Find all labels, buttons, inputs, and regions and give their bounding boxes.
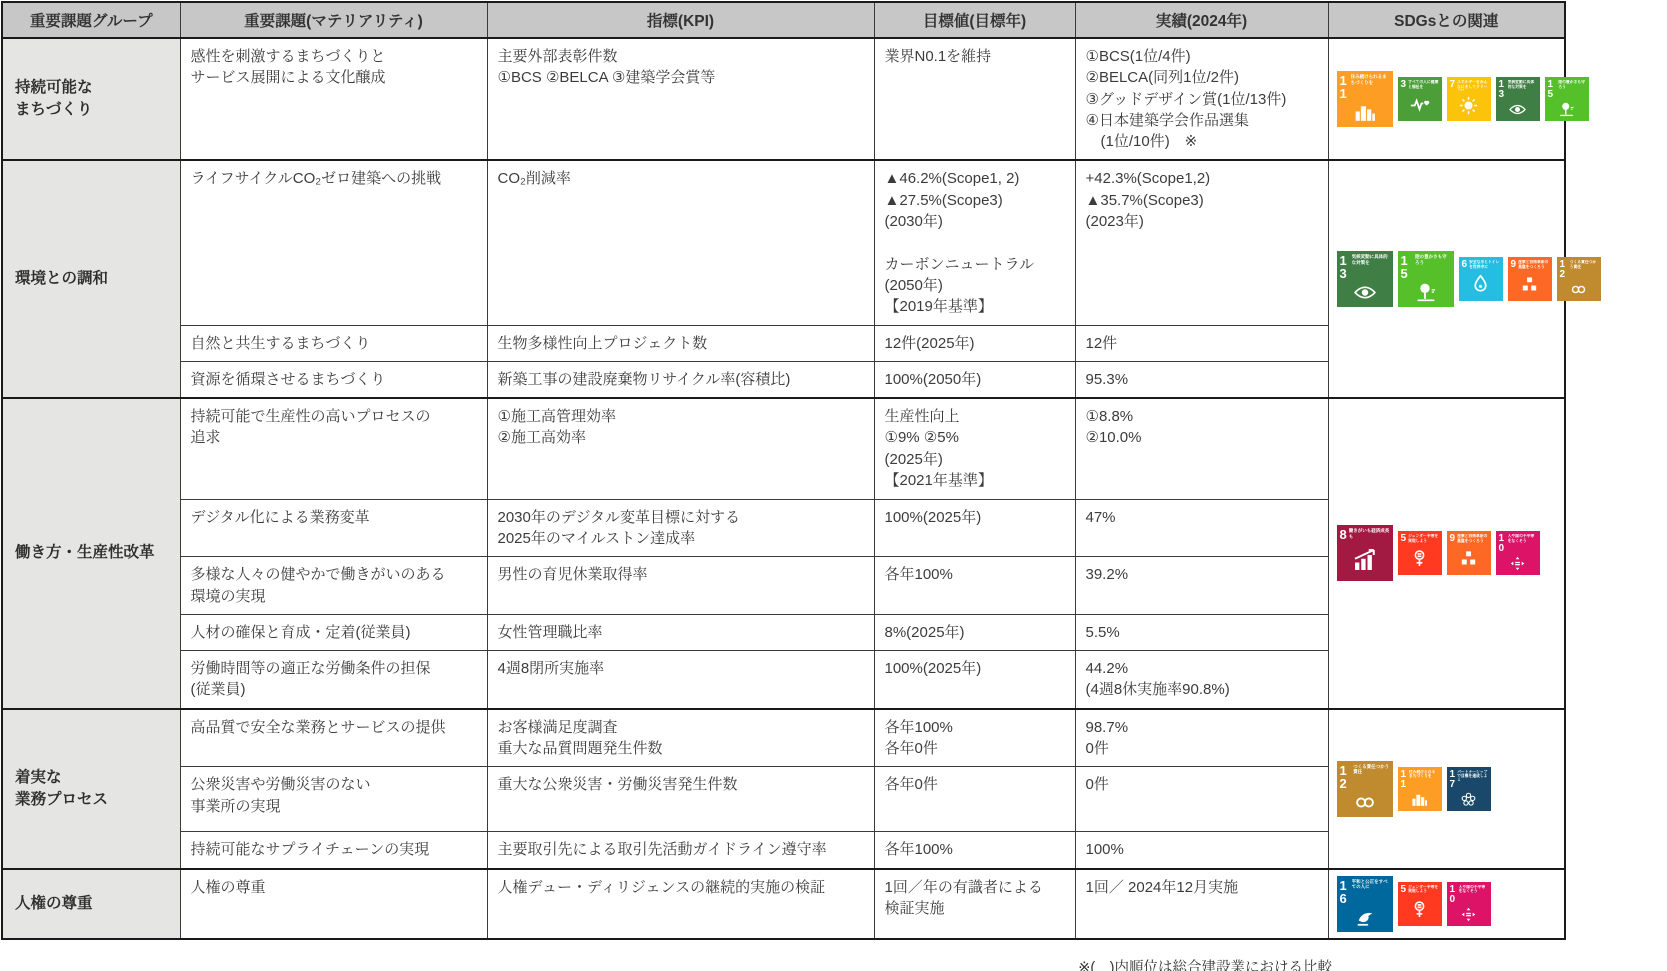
sdg-icon-header: 9産業と技術革新の基盤をつくろう	[1511, 260, 1549, 270]
sdg-title: 陸の豊かさも守ろう	[1415, 254, 1450, 265]
issue-cell: 高品質で安全な業務とサービスの提供	[180, 709, 487, 767]
issue-cell: 資源を循環させるまちづくり	[180, 361, 487, 398]
sdg-icon-header: 10人や国の不平等をなくそう	[1450, 885, 1488, 905]
column-header: 重要課題(マテリアリティ)	[180, 2, 487, 38]
sdg-icon-header: 15陸の豊かさも守ろう	[1548, 80, 1586, 100]
result-cell: 1回／ 2024年12月実施	[1075, 869, 1328, 939]
sdg-pictogram	[1457, 790, 1480, 809]
issue-cell: ライフサイクルCO₂ゼロ建築への挑戦	[180, 160, 487, 325]
sdg-icon-row: 11住み続けられるまちづくりを3すべての人に健康と福祉を7エネルギーをみんなにそ…	[1337, 71, 1561, 127]
sdg-pictogram	[1408, 547, 1431, 570]
sdg-icon-13: 13気候変動に具体的な対策を	[1496, 77, 1540, 121]
sdg-icon-header: 10人や国の不平等をなくそう	[1499, 534, 1537, 554]
sdg-number: 15	[1401, 254, 1414, 280]
sdg-pictogram	[1408, 93, 1431, 116]
target-cell: 100%(2025年)	[874, 651, 1075, 709]
sdg-icon-7: 7エネルギーをみんなにそしてクリーンに	[1447, 77, 1491, 121]
target-cell: 100%(2050年)	[874, 361, 1075, 398]
sdg-icon-16: 16平和と公正をすべての人に	[1337, 876, 1393, 932]
sdg-icon-header: 7エネルギーをみんなにそしてクリーンに	[1450, 80, 1488, 91]
sdg-number: 9	[1511, 260, 1517, 270]
sdg-icon-header: 13気候変動に具体的な対策を	[1340, 254, 1390, 280]
sdg-icon-17: 17パートナーシップで目標を達成しよう	[1447, 767, 1491, 811]
sdg-icon-12: 12つくる責任つかう責任	[1337, 761, 1393, 817]
sdg-title: パートナーシップで目標を達成しよう	[1457, 770, 1487, 781]
sdg-icon-header: 11住み続けられるまちづくりを	[1340, 74, 1390, 100]
sdg-pictogram	[1457, 905, 1480, 924]
issue-cell: 多様な人々の健やかで働きがいのある 環境の実現	[180, 557, 487, 615]
sdg-number: 13	[1340, 254, 1350, 280]
sdg-icon-15: 15陸の豊かさも守ろう	[1545, 77, 1589, 121]
target-cell: 8%(2025年)	[874, 614, 1075, 650]
sdg-title: エネルギーをみんなにそしてクリーンに	[1457, 80, 1487, 91]
kpi-cell: ①施工高管理効率 ②施工高効率	[487, 398, 874, 499]
sdg-title: つくる責任つかう責任	[1353, 764, 1389, 775]
sdg-pictogram	[1457, 94, 1480, 117]
sdg-pictogram	[1555, 100, 1578, 119]
result-cell: ①8.8% ②10.0%	[1075, 398, 1328, 499]
sdg-pictogram	[1350, 790, 1380, 815]
sdg-icon-header: 9産業と技術革新の基盤をつくろう	[1450, 534, 1488, 544]
issue-cell: 持続可能で生産性の高いプロセスの 追求	[180, 398, 487, 499]
sdg-pictogram	[1506, 554, 1529, 573]
group-label-cell: 環境との調和	[2, 160, 180, 398]
sdg-icon-10: 10人や国の不平等をなくそう	[1496, 531, 1540, 575]
header-row: 重要課題グループ重要課題(マテリアリティ)指標(KPI)目標値(目標年)実績(2…	[2, 2, 1565, 38]
sdg-icon-9: 9産業と技術革新の基盤をつくろう	[1447, 531, 1491, 575]
sdg-icon-header: 5ジェンダー平等を実現しよう	[1401, 885, 1439, 895]
sdg-cell: 16平和と公正をすべての人に5ジェンダー平等を実現しよう10人や国の不平等をなく…	[1328, 869, 1565, 939]
sdg-cell: 8働きがいも経済成長も5ジェンダー平等を実現しよう9産業と技術革新の基盤をつくろ…	[1328, 398, 1565, 709]
target-cell: 1回／年の有識者による 検証実施	[874, 869, 1075, 939]
sdg-icon-header: 15陸の豊かさも守ろう	[1401, 254, 1451, 280]
sdg-number: 12	[1340, 764, 1352, 790]
sdg-icon-row: 8働きがいも経済成長も5ジェンダー平等を実現しよう9産業と技術革新の基盤をつくろ…	[1337, 525, 1561, 581]
target-cell: 各年100%	[874, 557, 1075, 615]
target-cell: ▲46.2%(Scope1, 2) ▲27.5%(Scope3) (2030年)…	[874, 160, 1075, 325]
kpi-cell: 主要取引先による取引先活動ガイドライン遵守率	[487, 832, 874, 869]
group-label-cell: 働き方・生産性改革	[2, 398, 180, 709]
sdg-number: 13	[1499, 80, 1506, 100]
page: 重要課題グループ重要課題(マテリアリティ)指標(KPI)目標値(目標年)実績(2…	[0, 0, 1667, 971]
target-cell: 各年0件	[874, 767, 1075, 832]
sdg-icon-row: 16平和と公正をすべての人に5ジェンダー平等を実現しよう10人や国の不平等をなく…	[1337, 876, 1561, 932]
kpi-cell: 男性の育児休業取得率	[487, 557, 874, 615]
sdg-icon-8: 8働きがいも経済成長も	[1337, 525, 1393, 581]
table-row: 持続可能な まちづくり感性を刺激するまちづくりと サービス展開による文化醸成主要…	[2, 38, 1565, 160]
sdg-icon-11: 11住み続けられるまちづくりを	[1337, 71, 1393, 127]
sdg-icon-9: 9産業と技術革新の基盤をつくろう	[1508, 257, 1552, 301]
kpi-cell: CO₂削減率	[487, 160, 874, 325]
table-row: 働き方・生産性改革持続可能で生産性の高いプロセスの 追求①施工高管理効率 ②施工…	[2, 398, 1565, 499]
sdg-cell: 12つくる責任つかう責任11住み続けられるまちづくりを17パートナーシップで目標…	[1328, 709, 1565, 869]
kpi-cell: 主要外部表彰件数 ①BCS ②BELCA ③建築学会賞等	[487, 38, 874, 160]
result-cell: 5.5%	[1075, 614, 1328, 650]
table-row: 人権の尊重人権の尊重人権デュー・ディリジェンスの継続的実施の検証1回／年の有識者…	[2, 869, 1565, 939]
column-header: SDGsとの関連	[1328, 2, 1565, 38]
sdg-title: 働きがいも経済成長も	[1349, 528, 1390, 539]
result-cell: 98.7% 0件	[1075, 709, 1328, 767]
issue-cell: デジタル化による業務変革	[180, 499, 487, 557]
sdg-title: 気候変動に具体的な対策を	[1508, 80, 1537, 89]
result-cell: +42.3%(Scope1,2) ▲35.7%(Scope3) (2023年)	[1075, 160, 1328, 325]
sdg-icon-header: 12つくる責任つかう責任	[1340, 764, 1390, 790]
result-cell: 12件	[1075, 325, 1328, 361]
sdg-icon-row: 12つくる責任つかう責任11住み続けられるまちづくりを17パートナーシップで目標…	[1337, 761, 1561, 817]
sdg-icon-header: 8働きがいも経済成長も	[1340, 528, 1390, 541]
kpi-cell: 重大な公衆災害・労働災害発生件数	[487, 767, 874, 832]
sdg-icon-6: 6安全な水とトイレを世界中に	[1459, 257, 1503, 301]
sdg-icon-3: 3すべての人に健康と福祉を	[1398, 77, 1442, 121]
sdg-title: 安全な水とトイレを世界中に	[1469, 260, 1499, 269]
kpi-cell: 新築工事の建設廃棄物リサイクル率(容積比)	[487, 361, 874, 398]
kpi-cell: 女性管理職比率	[487, 614, 874, 650]
sdg-icon-header: 6安全な水とトイレを世界中に	[1462, 260, 1500, 270]
sdg-icon-10: 10人や国の不平等をなくそう	[1447, 882, 1491, 926]
sdg-title: 産業と技術革新の基盤をつくろう	[1457, 534, 1487, 543]
sdg-pictogram	[1518, 273, 1541, 296]
kpi-cell: 2030年のデジタル変革目標に対する 2025年のマイルストン達成率	[487, 499, 874, 557]
sdg-title: 住み続けられるまちづくりを	[1409, 770, 1439, 779]
sdg-icon-header: 3すべての人に健康と福祉を	[1401, 80, 1439, 90]
sdg-number: 10	[1499, 534, 1506, 554]
sdg-cell: 13気候変動に具体的な対策を15陸の豊かさも守ろう6安全な水とトイレを世界中に9…	[1328, 160, 1565, 398]
column-header: 重要課題グループ	[2, 2, 180, 38]
sdg-pictogram	[1506, 100, 1529, 119]
issue-cell: 自然と共生するまちづくり	[180, 325, 487, 361]
table-row: 環境との調和ライフサイクルCO₂ゼロ建築への挑戦CO₂削減率▲46.2%(Sco…	[2, 160, 1565, 325]
sdg-title: 産業と技術革新の基盤をつくろう	[1518, 260, 1548, 269]
materiality-table: 重要課題グループ重要課題(マテリアリティ)指標(KPI)目標値(目標年)実績(2…	[1, 1, 1566, 940]
result-cell: 44.2% (4週8休実施率90.8%)	[1075, 651, 1328, 709]
sdg-number: 11	[1401, 770, 1407, 790]
column-header: 実績(2024年)	[1075, 2, 1328, 38]
sdg-number: 8	[1340, 528, 1347, 541]
sdg-number: 3	[1401, 80, 1407, 90]
sdg-title: つくる責任つかう責任	[1570, 260, 1598, 269]
sdg-pictogram	[1350, 100, 1380, 125]
sdg-pictogram	[1408, 790, 1431, 809]
sdg-title: 住み続けられるまちづくりを	[1351, 74, 1390, 85]
sdg-icon-12: 12つくる責任つかう責任	[1557, 257, 1601, 301]
group-label-cell: 人権の尊重	[2, 869, 180, 939]
issue-cell: 持続可能なサプライチェーンの実現	[180, 832, 487, 869]
result-cell: 39.2%	[1075, 557, 1328, 615]
sdg-cell: 11住み続けられるまちづくりを3すべての人に健康と福祉を7エネルギーをみんなにそ…	[1328, 38, 1565, 160]
kpi-cell: 4週8閉所実施率	[487, 651, 874, 709]
footnote: ※( )内順位は総合建設業における比較	[1, 956, 1564, 971]
kpi-cell: 人権デュー・ディリジェンスの継続的実施の検証	[487, 869, 874, 939]
target-cell: 生産性向上 ①9% ②5% (2025年) 【2021年基準】	[874, 398, 1075, 499]
sdg-pictogram	[1457, 547, 1480, 570]
issue-cell: 人材の確保と育成・定着(従業員)	[180, 614, 487, 650]
sdg-number: 9	[1450, 534, 1456, 544]
target-cell: 各年100%	[874, 832, 1075, 869]
group-label-cell: 持続可能な まちづくり	[2, 38, 180, 160]
sdg-icon-13: 13気候変動に具体的な対策を	[1337, 251, 1393, 307]
group-label-cell: 着実な 業務プロセス	[2, 709, 180, 869]
sdg-number: 10	[1450, 885, 1457, 905]
target-cell: 12件(2025年)	[874, 325, 1075, 361]
table-row: 着実な 業務プロセス高品質で安全な業務とサービスの提供お客様満足度調査 重大な品…	[2, 709, 1565, 767]
target-cell: 業界N0.1を維持	[874, 38, 1075, 160]
table-body: 持続可能な まちづくり感性を刺激するまちづくりと サービス展開による文化醸成主要…	[2, 38, 1565, 939]
issue-cell: 感性を刺激するまちづくりと サービス展開による文化醸成	[180, 38, 487, 160]
sdg-pictogram	[1350, 280, 1380, 305]
sdg-icon-row: 13気候変動に具体的な対策を15陸の豊かさも守ろう6安全な水とトイレを世界中に9…	[1337, 251, 1561, 307]
target-cell: 各年100% 各年0件	[874, 709, 1075, 767]
issue-cell: 公衆災害や労働災害のない 事業所の実現	[180, 767, 487, 832]
sdg-title: 陸の豊かさも守ろう	[1558, 80, 1585, 89]
result-cell: ①BCS(1位/4件) ②BELCA(同列1位/2件) ③グッドデザイン賞(1位…	[1075, 38, 1328, 160]
sdg-number: 5	[1401, 885, 1407, 895]
sdg-pictogram	[1350, 905, 1380, 930]
sdg-title: 人や国の不平等をなくそう	[1459, 885, 1488, 894]
sdg-title: 平和と公正をすべての人に	[1352, 879, 1390, 890]
kpi-cell: 生物多様性向上プロジェクト数	[487, 325, 874, 361]
sdg-pictogram	[1350, 545, 1380, 575]
sdg-title: ジェンダー平等を実現しよう	[1408, 885, 1438, 894]
sdg-icon-header: 17パートナーシップで目標を達成しよう	[1450, 770, 1488, 790]
sdg-pictogram	[1567, 280, 1590, 299]
sdg-icon-11: 11住み続けられるまちづくりを	[1398, 767, 1442, 811]
result-cell: 0件	[1075, 767, 1328, 832]
sdg-number: 6	[1462, 260, 1468, 270]
sdg-title: ジェンダー平等を実現しよう	[1408, 534, 1438, 543]
kpi-cell: お客様満足度調査 重大な品質問題発生件数	[487, 709, 874, 767]
sdg-number: 15	[1548, 80, 1557, 100]
column-header: 指標(KPI)	[487, 2, 874, 38]
column-header: 目標値(目標年)	[874, 2, 1075, 38]
result-cell: 47%	[1075, 499, 1328, 557]
sdg-icon-header: 12つくる責任つかう責任	[1560, 260, 1598, 280]
sdg-icon-header: 16平和と公正をすべての人に	[1340, 879, 1390, 905]
issue-cell: 人権の尊重	[180, 869, 487, 939]
table-header: 重要課題グループ重要課題(マテリアリティ)指標(KPI)目標値(目標年)実績(2…	[2, 2, 1565, 38]
sdg-icon-5: 5ジェンダー平等を実現しよう	[1398, 531, 1442, 575]
sdg-icon-header: 11住み続けられるまちづくりを	[1401, 770, 1439, 790]
sdg-number: 12	[1560, 260, 1568, 280]
target-cell: 100%(2025年)	[874, 499, 1075, 557]
sdg-icon-15: 15陸の豊かさも守ろう	[1398, 251, 1454, 307]
sdg-title: すべての人に健康と福祉を	[1408, 80, 1438, 89]
sdg-title: 気候変動に具体的な対策を	[1352, 254, 1390, 265]
sdg-number: 17	[1450, 770, 1456, 790]
result-cell: 95.3%	[1075, 361, 1328, 398]
sdg-number: 16	[1340, 879, 1350, 905]
sdg-pictogram	[1408, 898, 1431, 921]
sdg-title: 人や国の不平等をなくそう	[1508, 534, 1537, 543]
sdg-number: 7	[1450, 80, 1456, 90]
result-cell: 100%	[1075, 832, 1328, 869]
sdg-pictogram	[1411, 280, 1441, 305]
issue-cell: 労働時間等の適正な労働条件の担保 (従業員)	[180, 651, 487, 709]
sdg-number: 11	[1340, 74, 1349, 100]
sdg-icon-header: 13気候変動に具体的な対策を	[1499, 80, 1537, 100]
sdg-icon-header: 5ジェンダー平等を実現しよう	[1401, 534, 1439, 544]
sdg-icon-5: 5ジェンダー平等を実現しよう	[1398, 882, 1442, 926]
sdg-number: 5	[1401, 534, 1407, 544]
sdg-pictogram	[1469, 273, 1492, 296]
